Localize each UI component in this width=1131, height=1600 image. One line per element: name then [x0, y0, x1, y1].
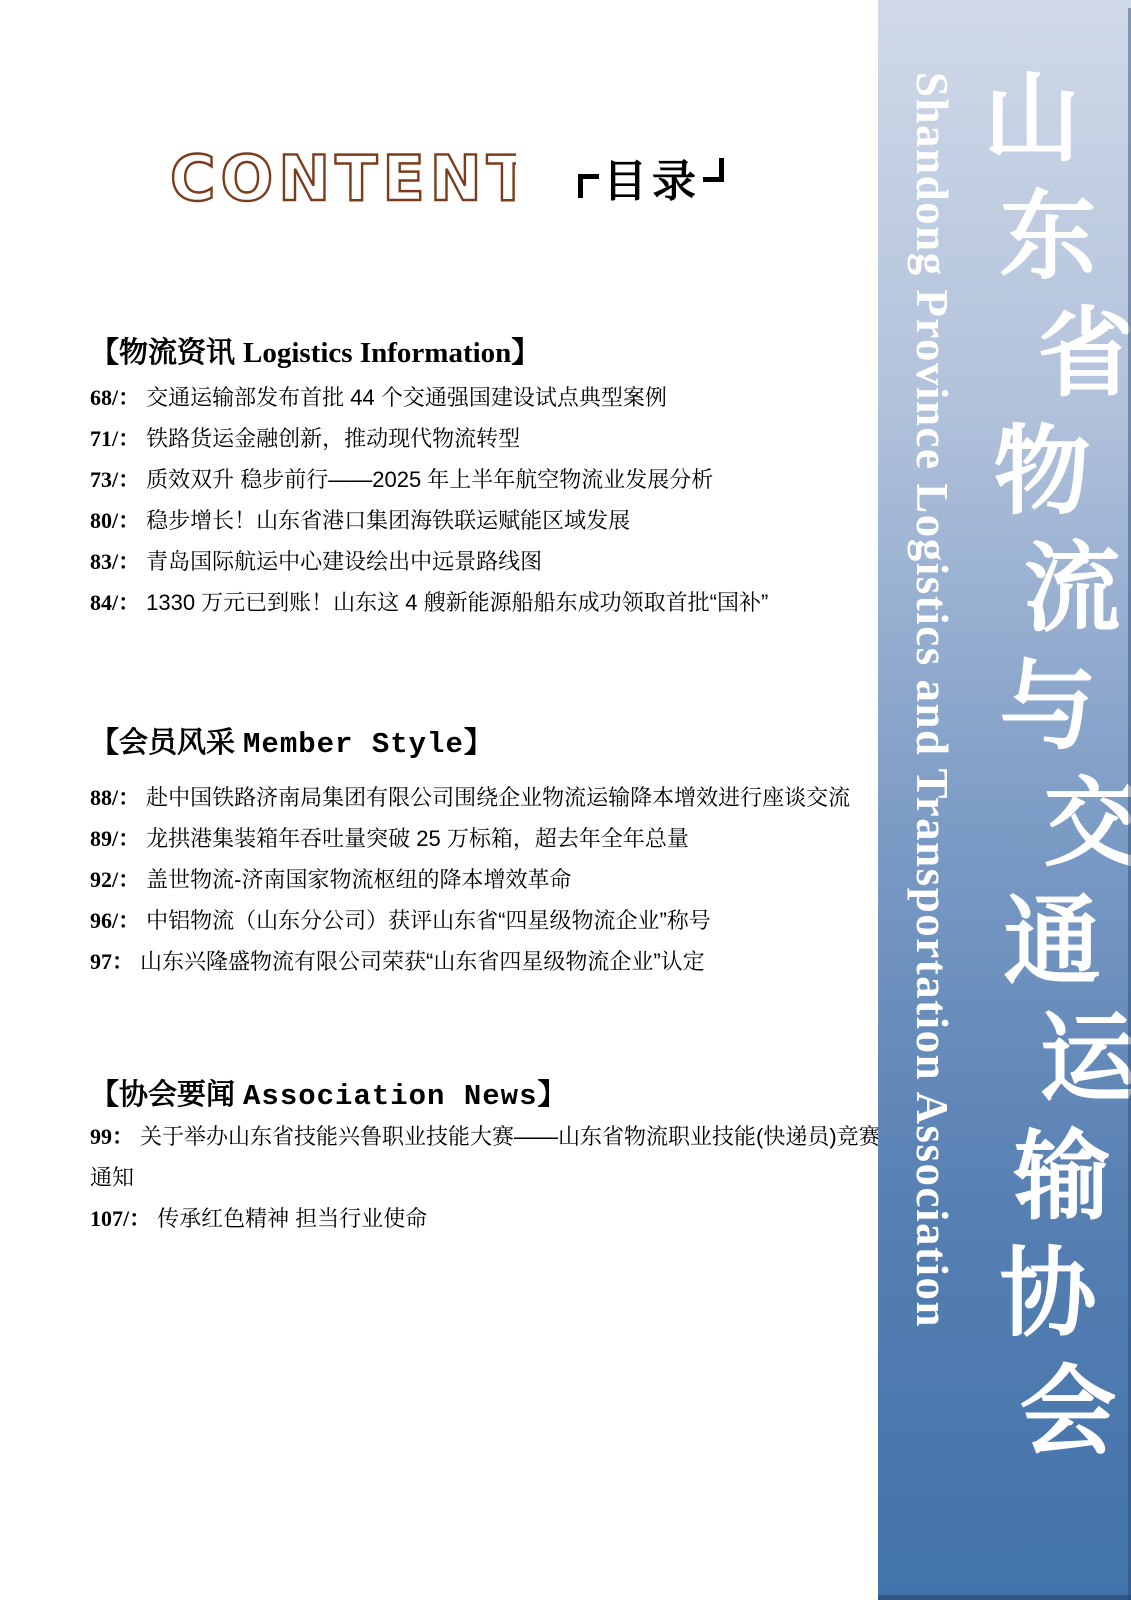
entry-page-number: 89/： [90, 826, 140, 851]
entry-list: 88/：赴中国铁路济南局集团有限公司围绕企业物流运输降本增效进行座谈交流 89/… [90, 777, 920, 982]
cn-char: 物 [992, 413, 1092, 531]
toc-entry: 89/：龙拱港集装箱年吞吐量突破 25 万标箱，超去年全年总量 [90, 818, 920, 859]
entry-page-number: 99： [90, 1124, 134, 1149]
toc-body: 【物流资讯Logistics Information】 68/：交通运输部发布首… [90, 330, 920, 1239]
entry-page-number: 97： [90, 949, 134, 974]
entry-title: 山东兴隆盛物流有限公司荣获“山东省四星级物流企业”认定 [140, 949, 705, 974]
cn-char: 协 [998, 1235, 1098, 1353]
entry-page-number: 96/： [90, 908, 140, 933]
cn-char: 与 [998, 648, 1098, 766]
entry-page-number: 107/： [90, 1206, 151, 1231]
cn-char: 省 [1036, 295, 1131, 413]
entry-page-number: 68/： [90, 385, 140, 410]
section-name-en: Member Style [243, 728, 464, 761]
toc-entry: 92/：盖世物流-济南国家物流枢纽的降本增效革命 [90, 859, 920, 900]
cn-char: 东 [998, 178, 1098, 296]
section-heading: 【会员风采Member Style】 [90, 720, 920, 761]
bracket-open: 【 [90, 337, 119, 369]
sidebar-bottom-edge-line [878, 1595, 1131, 1600]
entry-title: 交通运输部发布首批 44 个交通强国建设试点典型案例 [146, 385, 667, 410]
association-name-chinese-vertical: 山 东 省 物 流 与 交 通 运 输 协 会 [996, 60, 1096, 1470]
mulu-title-block: 目录 [578, 145, 724, 209]
entry-title: 1330 万元已到账！山东这 4 艘新能源船船东成功领取首批“国补” [146, 590, 768, 615]
cn-char: 通 [1002, 883, 1102, 1001]
toc-entry: 88/：赴中国铁路济南局集团有限公司围绕企业物流运输降本增效进行座谈交流 [90, 777, 920, 818]
toc-entry: 73/：质效双升 稳步前行——2025 年上半年航空物流业发展分析 [90, 459, 920, 500]
cn-char: 交 [1042, 765, 1131, 883]
contents-title-text: CONTENTS [170, 142, 516, 215]
toc-entry: 83/：青岛国际航运中心建设绘出中远景路线图 [90, 541, 920, 582]
entry-title: 青岛国际航运中心建设绘出中远景路线图 [146, 549, 542, 574]
toc-entry: 71/：铁路货运金融创新，推动现代物流转型 [90, 418, 920, 459]
section-association-news: 【协会要闻Association News】 99：关于举办山东省技能兴鲁职业技… [90, 1072, 920, 1239]
bracket-open: 【 [90, 727, 119, 759]
entry-title: 龙拱港集装箱年吞吐量突破 25 万标箱，超去年全年总量 [146, 826, 689, 851]
corner-bracket-left [578, 174, 599, 198]
entry-title: 关于举办山东省技能兴鲁职业技能大赛——山东省物流职业技能(快递员)竞赛的通知 [90, 1124, 903, 1190]
section-name-en: Association News [243, 1080, 537, 1113]
section-logistics-information: 【物流资讯Logistics Information】 68/：交通运输部发布首… [90, 330, 920, 623]
cn-char: 会 [1018, 1353, 1118, 1471]
bracket-open: 【 [90, 1079, 119, 1111]
toc-entry: 97：山东兴隆盛物流有限公司荣获“山东省四星级物流企业”认定 [90, 941, 920, 982]
section-name-cn: 协会要闻 [119, 1079, 235, 1111]
cn-char: 山 [982, 60, 1082, 178]
section-member-style: 【会员风采Member Style】 88/：赴中国铁路济南局集团有限公司围绕企… [90, 720, 920, 982]
entry-page-number: 83/： [90, 549, 140, 574]
section-name-cn: 物流资讯 [119, 337, 235, 369]
bracket-close: 】 [537, 1079, 566, 1111]
toc-entry: 99：关于举办山东省技能兴鲁职业技能大赛——山东省物流职业技能(快递员)竞赛的通… [90, 1116, 920, 1198]
bracket-close: 】 [464, 727, 493, 759]
bracket-close: 】 [511, 337, 540, 369]
entry-title: 稳步增长！山东省港口集团海铁联运赋能区域发展 [146, 508, 630, 533]
entry-title: 质效双升 稳步前行——2025 年上半年航空物流业发展分析 [146, 467, 713, 492]
cn-char: 输 [1012, 1118, 1112, 1236]
corner-bracket-right [703, 158, 724, 182]
association-name-english-vertical: Shandong Province Logistics and Transpor… [902, 72, 958, 1542]
contents-decorative-title: CONTENTS [168, 136, 516, 218]
entry-title: 传承红色精神 担当行业使命 [157, 1206, 427, 1231]
association-name-sidebar: Shandong Province Logistics and Transpor… [878, 0, 1131, 1600]
section-heading: 【协会要闻Association News】 [90, 1072, 920, 1113]
toc-entry: 107/：传承红色精神 担当行业使命 [90, 1198, 920, 1239]
section-name-cn: 会员风采 [119, 727, 235, 759]
toc-entry: 84/：1330 万元已到账！山东这 4 艘新能源船船东成功领取首批“国补” [90, 582, 920, 623]
entry-page-number: 84/： [90, 590, 140, 615]
cn-char: 流 [1022, 530, 1122, 648]
entry-page-number: 80/： [90, 508, 140, 533]
entry-list: 99：关于举办山东省技能兴鲁职业技能大赛——山东省物流职业技能(快递员)竞赛的通… [90, 1116, 920, 1239]
entry-page-number: 71/： [90, 426, 140, 451]
section-heading: 【物流资讯Logistics Information】 [90, 330, 920, 371]
toc-entry: 96/：中铝物流（山东分公司）获评山东省“四星级物流企业”称号 [90, 900, 920, 941]
entry-page-number: 92/： [90, 867, 140, 892]
cn-char: 运 [1038, 1000, 1131, 1118]
entry-title: 铁路货运金融创新，推动现代物流转型 [146, 426, 520, 451]
section-name-en: Logistics Information [243, 337, 511, 369]
entry-list: 68/：交通运输部发布首批 44 个交通强国建设试点典型案例 71/：铁路货运金… [90, 377, 920, 623]
toc-entry: 68/：交通运输部发布首批 44 个交通强国建设试点典型案例 [90, 377, 920, 418]
entry-page-number: 88/： [90, 785, 140, 810]
toc-entry: 80/：稳步增长！山东省港口集团海铁联运赋能区域发展 [90, 500, 920, 541]
entry-title: 中铝物流（山东分公司）获评山东省“四星级物流企业”称号 [146, 908, 711, 933]
entry-title: 盖世物流-济南国家物流枢纽的降本增效革命 [146, 867, 571, 892]
mulu-title-text: 目录 [603, 145, 701, 209]
entry-title: 赴中国铁路济南局集团有限公司围绕企业物流运输降本增效进行座谈交流 [146, 785, 850, 810]
toc-header: CONTENTS 目录 [168, 136, 724, 218]
entry-page-number: 73/： [90, 467, 140, 492]
